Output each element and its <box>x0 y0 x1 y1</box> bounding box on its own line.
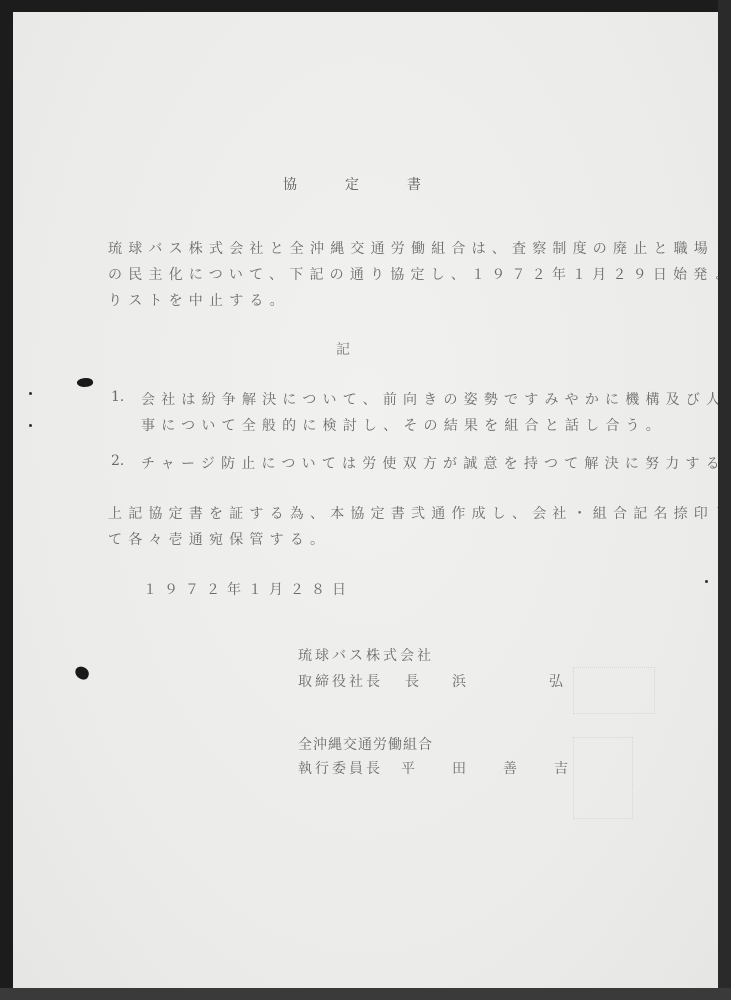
item-1-line-2: 事について全般的に検討し、その結果を組合と話し合う。 <box>141 415 666 435</box>
signatory-2-line: 執行委員長平田善吉 <box>298 758 571 778</box>
signatory-1-name-part: 長 <box>405 674 422 690</box>
signatory-2-organization: 全沖縄交通労働組合 <box>298 734 433 754</box>
signatory-2-name-part: 田 <box>452 761 469 777</box>
signatory-1-name-part: 浜 <box>452 674 469 690</box>
document-title: 協定書 <box>283 174 469 194</box>
item-number-1: 1. <box>111 389 124 405</box>
signatory-1-title: 取締役社長 <box>298 674 383 690</box>
faint-seal-impression <box>573 667 655 714</box>
intro-line-2: の民主化について、下記の通り協定し、１９７２年１月２９日始発よ <box>108 264 731 284</box>
item-number-2: 2. <box>111 453 124 469</box>
signatory-1-line: 取締役社長長浜弘 <box>298 671 566 691</box>
faint-seal-impression <box>573 737 633 819</box>
intro-line-1: 琉球バス株式会社と全沖縄交通労働組合は、査察制度の廃止と職場 <box>108 238 714 258</box>
background-edge <box>718 0 731 1000</box>
document-page: 協定書 琉球バス株式会社と全沖縄交通労働組合は、査察制度の廃止と職場 の民主化に… <box>13 12 719 989</box>
signatory-2-name-part: 平 <box>401 761 418 777</box>
item-2-line-1: チャージ防止については労使双方が誠意を持つて解決に努力する。 <box>141 453 731 473</box>
item-1-line-1: 会社は紛争解決について、前向きの姿勢ですみやかに機構及び人 <box>141 389 726 409</box>
agreement-date: １９７２年１月２８日 <box>143 579 353 599</box>
punch-hole-mark <box>73 665 90 681</box>
signatory-2-name-part: 善 <box>503 761 520 777</box>
punch-hole-mark <box>76 377 93 388</box>
signatory-2-name-part: 吉 <box>554 761 571 777</box>
speck-mark <box>29 392 32 395</box>
intro-line-3: りストを中止する。 <box>108 290 290 310</box>
speck-mark <box>29 424 32 427</box>
speck-mark <box>705 580 708 583</box>
background-edge <box>0 988 731 1000</box>
ki-heading: 記 <box>336 339 356 359</box>
closing-line-1: 上記協定書を証する為、本協定書弐通作成し、会社・組合記名捺印し <box>108 503 731 523</box>
signatory-1-organization: 琉球バス株式会社 <box>298 645 434 665</box>
signatory-2-title: 執行委員長 <box>298 761 383 777</box>
signatory-1-name-part: 弘 <box>549 674 566 690</box>
closing-line-2: て各々壱通宛保管する。 <box>108 529 330 549</box>
